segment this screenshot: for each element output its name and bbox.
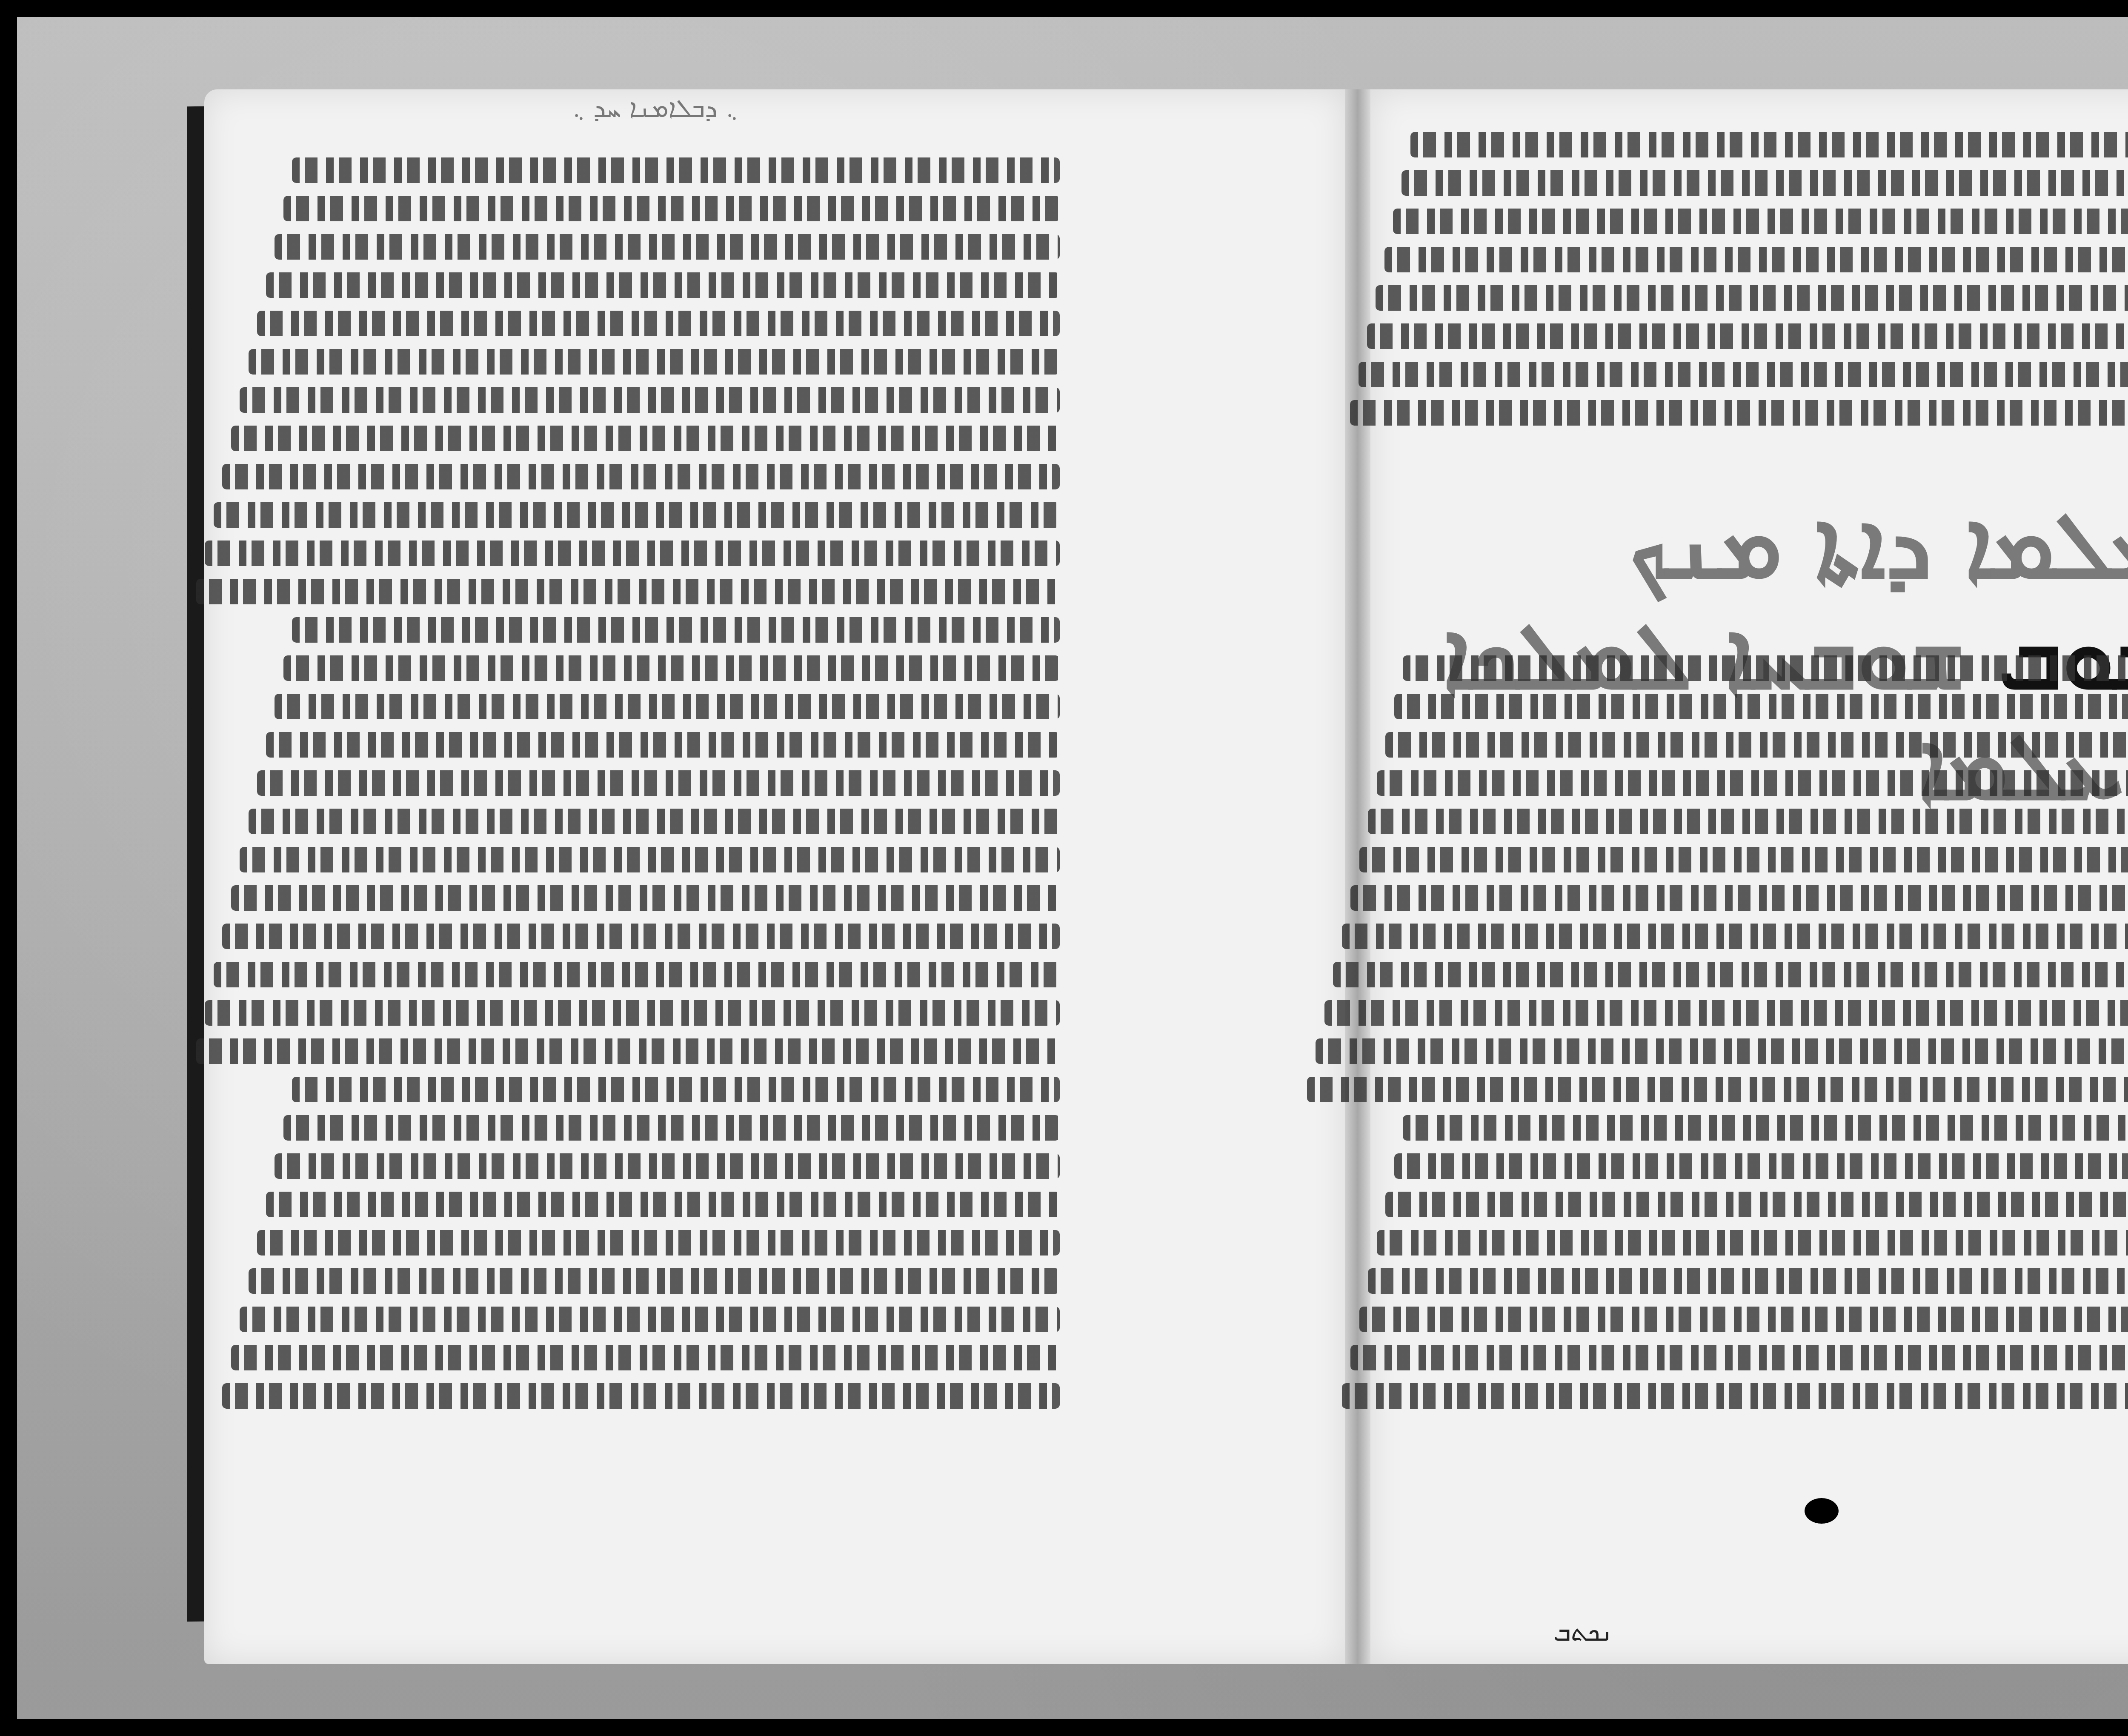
manuscript-line <box>1385 732 2128 758</box>
catchword: ܢܟܬܒ <box>1553 1617 1613 1647</box>
manuscript-line <box>266 272 1060 298</box>
right-page-bottom-text <box>1298 643 2128 1409</box>
manuscript-line <box>240 1307 1060 1332</box>
manuscript-line <box>1368 809 2128 834</box>
manuscript-line <box>214 962 1060 987</box>
manuscript-line <box>1307 1077 2128 1102</box>
manuscript-line <box>205 541 1060 566</box>
manuscript-line <box>1394 1153 2128 1179</box>
manuscript-line <box>222 464 1060 489</box>
manuscript-line <box>205 1000 1060 1026</box>
manuscript-line <box>1342 924 2128 949</box>
manuscript-line <box>1376 285 2128 311</box>
ink-blot <box>1805 1498 1839 1524</box>
manuscript-line <box>249 809 1060 834</box>
manuscript-line <box>1350 885 2128 911</box>
manuscript-line <box>240 387 1060 413</box>
manuscript-line <box>1359 847 2128 872</box>
manuscript-line <box>231 426 1060 451</box>
manuscript-line <box>249 1268 1060 1294</box>
heading-line-1: ܥܠܡܐ ܕܐܬܐ ܡܢܟ <box>1319 489 2128 600</box>
manuscript-line <box>231 885 1060 911</box>
manuscript-line <box>222 1383 1060 1409</box>
manuscript-line <box>292 1077 1060 1102</box>
manuscript-line <box>1385 1192 2128 1217</box>
manuscript-line <box>275 1153 1060 1179</box>
manuscript-line <box>257 1230 1060 1256</box>
manuscript-line <box>196 579 1060 604</box>
manuscript-line <box>1410 132 2128 157</box>
manuscript-line <box>257 311 1060 336</box>
manuscript-line <box>1403 655 2128 681</box>
manuscript-line <box>283 1115 1060 1141</box>
manuscript-line <box>1316 1038 2128 1064</box>
manuscript-line <box>1394 694 2128 719</box>
manuscript-line <box>1368 1268 2128 1294</box>
manuscript-line <box>283 196 1060 221</box>
left-page-text <box>187 145 1060 1409</box>
manuscript-line <box>214 502 1060 528</box>
manuscript-line <box>266 1192 1060 1217</box>
manuscript-line <box>1402 170 2128 196</box>
manuscript-line <box>292 157 1060 183</box>
manuscript-line <box>222 924 1060 949</box>
manuscript-line <box>196 1038 1060 1064</box>
right-page-top-text <box>1307 119 2128 426</box>
manuscript-line <box>1377 1230 2128 1256</box>
manuscript-line <box>257 770 1060 796</box>
manuscript-line <box>249 349 1060 375</box>
manuscript-line <box>1359 1307 2128 1332</box>
manuscript-line <box>283 655 1060 681</box>
running-head: ܆ ܕܒܠܐܡܢܐ ܚܕ ܆ <box>485 94 826 123</box>
manuscript-line <box>1393 209 2128 234</box>
manuscript-line <box>1403 1115 2128 1141</box>
manuscript-line <box>240 847 1060 872</box>
manuscript-line <box>1384 247 2128 272</box>
manuscript-line <box>275 694 1060 719</box>
manuscript-line <box>1333 962 2128 987</box>
manuscript-line <box>266 732 1060 758</box>
manuscript-photo: ܆ ܕܒܠܐܡܢܐ ܚܕ ܆ ܟ ܥܠܡܐ ܕܐܬܐ ܡܢܟ ܫܘܒ ܫܘܒܚܐ… <box>17 17 2128 1719</box>
manuscript-line <box>1342 1383 2128 1409</box>
manuscript-line <box>1350 1345 2128 1370</box>
manuscript-line <box>292 617 1060 643</box>
manuscript-line <box>1359 362 2128 387</box>
manuscript-line <box>1377 770 2128 796</box>
manuscript-line <box>1324 1000 2128 1026</box>
manuscript-line <box>1350 400 2128 426</box>
manuscript-line <box>275 234 1060 260</box>
manuscript-line <box>1367 323 2128 349</box>
manuscript-line <box>231 1345 1060 1370</box>
